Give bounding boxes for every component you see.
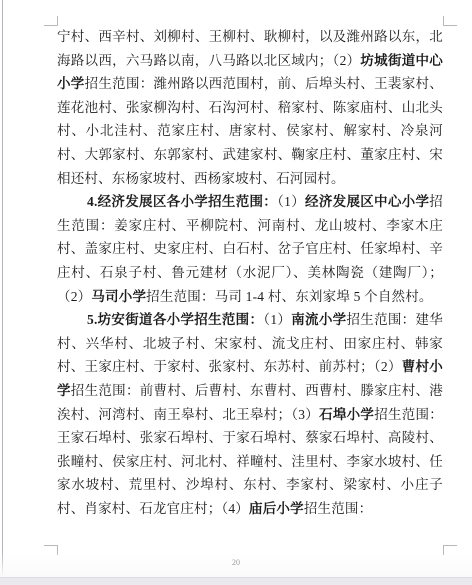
- paragraph: 5.坊安街道各小学招生范围：（1）南流小学招生范围：建华村、兴华村、北坡子村、宋…: [57, 308, 443, 520]
- paragraph: 宁村、西辛村、刘柳村、王柳村、耿柳村，以及潍州路以东，北海路以西，六马路以南，八…: [57, 25, 443, 190]
- text-run: 招生范围：王家石埠村、张家石埠村、于家石埠村、蔡家石埠村、高陵村、张疃村、侯家庄…: [57, 407, 443, 516]
- school-name-bold-run: 南流小学: [291, 312, 346, 327]
- text-run: 招生范围：姜家庄村、平柳院村、河南村、龙山坡村、李家木庄村、盖家庄村、史家庄村、…: [57, 194, 443, 303]
- page-number: 20: [0, 558, 472, 567]
- school-name-bold-run: 庙后小学: [249, 501, 304, 516]
- text-run: （1）: [263, 312, 291, 327]
- margin-crop-mark-bottom-right: [443, 545, 457, 555]
- text-run: 招生范围：: [304, 501, 373, 516]
- school-name-bold-run: 5.坊安街道各小学招生范围：: [87, 312, 263, 327]
- margin-crop-mark-top-right: [443, 16, 457, 26]
- document-page: 宁村、西辛村、刘柳村、王柳村、耿柳村，以及潍州路以东，北海路以西，六马路以南，八…: [0, 0, 472, 585]
- school-name-bold-run: 马司小学: [91, 289, 146, 304]
- school-name-bold-run: 4.经济发展区各小学招生范围：: [87, 194, 277, 209]
- margin-crop-mark-top-left: [44, 16, 58, 26]
- school-name-bold-run: 石埠小学: [319, 407, 374, 422]
- margin-crop-mark-bottom-left: [44, 545, 58, 555]
- page-edge-line: [2, 0, 3, 578]
- text-run: 招生范围：马司 1-4 村、东刘家埠 5 个自然村。: [146, 289, 432, 304]
- school-name-bold-run: 经济发展区中心小学: [305, 194, 429, 209]
- text-run: 招生范围：潍州路以西范围村，前、后埠头村、王裴家村、莲花池村、张家柳沟村、石沟河…: [57, 76, 443, 185]
- window-bottom-bar: [0, 577, 472, 585]
- paragraph: 4.经济发展区各小学招生范围：（1）经济发展区中心小学招生范围：姜家庄村、平柳院…: [57, 190, 443, 308]
- document-body: 宁村、西辛村、刘柳村、王柳村、耿柳村，以及潍州路以东，北海路以西，六马路以南，八…: [57, 25, 443, 520]
- text-run: （1）: [277, 194, 305, 209]
